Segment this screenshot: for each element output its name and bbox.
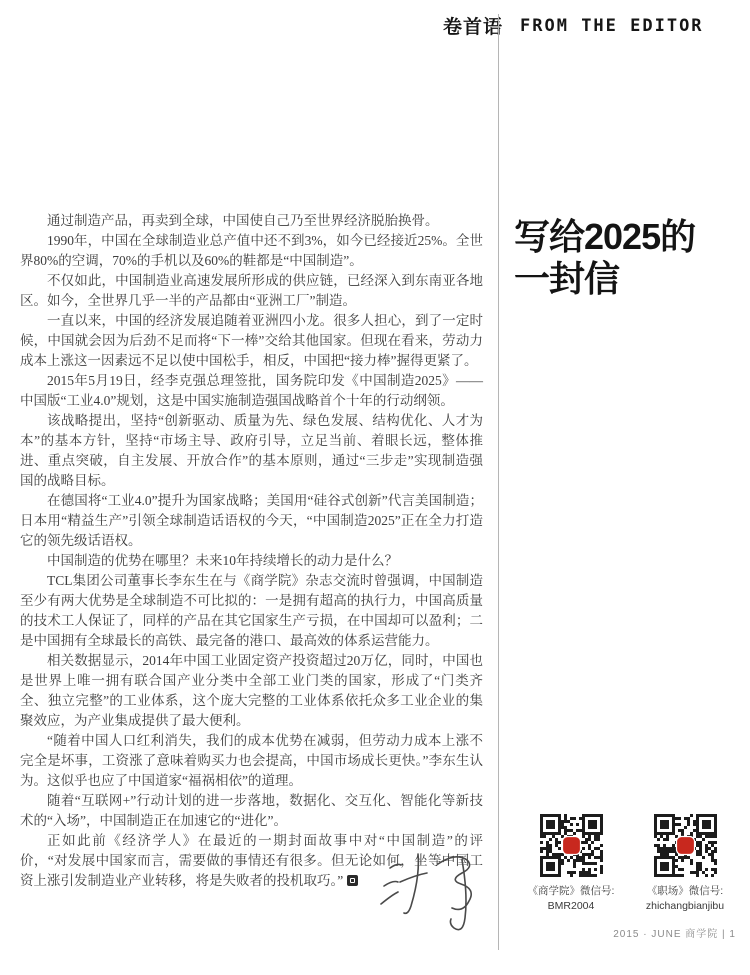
editor-signature (372, 838, 497, 938)
paragraph: 1990年，中国在全球制造业总产值中还不到3%，如今已经接近25%。全世界80%… (20, 231, 483, 271)
column-divider (498, 14, 499, 950)
editorial-title: 写给2025的 一封信 (514, 216, 742, 300)
section-title-cn: 卷首语 (443, 12, 511, 39)
qr-caption-bmr: 《商学院》微信号: BMR2004 (516, 884, 626, 914)
page-folio: 2015 · JUNE 商学院 | 1 (613, 925, 736, 940)
page-header: 卷首语 FROM THE EDITOR (443, 12, 704, 39)
section-title-en: FROM THE EDITOR (511, 16, 704, 36)
paragraph: 相关数据显示，2014年中国工业固定资产投资超过20万亿，同时，中国也是世界上唯… (20, 651, 483, 731)
title-line-2: 一封信 (514, 258, 742, 300)
qr-caption-zhichang: 《职场》微信号: zhichangbianjibu (630, 884, 740, 914)
qr-code-zhichang (654, 814, 717, 877)
qr-block-zhichang: 《职场》微信号: zhichangbianjibu (630, 814, 740, 914)
paragraph: 不仅如此，中国制造业高速发展所形成的供应链，已经深入到东南亚各地区。如今，全世界… (20, 271, 483, 311)
qr-block-bmr: 《商学院》微信号: BMR2004 (516, 814, 626, 914)
qr-code-bmr (540, 814, 603, 877)
end-mark-icon (347, 875, 358, 886)
paragraph: 在德国将“工业4.0”提升为国家战略；美国用“硅谷式创新”代言美国制造；日本用“… (20, 491, 483, 551)
qr-caption-line1: 《商学院》微信号: (516, 884, 626, 899)
paragraph: “随着中国人口红利消失，我们的成本优势在减弱，但劳动力成本上涨不完全是坏事，工资… (20, 731, 483, 791)
paragraph: 随着“互联网+”行动计划的进一步落地，数据化、交互化、智能化等新技术的“入场”，… (20, 791, 483, 831)
magazine-page: 卷首语 FROM THE EDITOR 通过制造产品，再卖到全球，中国使自己乃至… (0, 0, 750, 975)
paragraph: 一直以来，中国的经济发展追随着亚洲四小龙。很多人担心，到了一定时候，中国就会因为… (20, 311, 483, 371)
paragraph: 该战略提出，坚持“创新驱动、质量为先、绿色发展、结构优化、人才为本”的基本方针，… (20, 411, 483, 491)
qr-caption-line2: zhichangbianjibu (630, 899, 740, 914)
paragraph: 2015年5月19日，经李克强总理签批，国务院印发《中国制造2025》——中国版… (20, 371, 483, 411)
paragraph: 通过制造产品，再卖到全球，中国使自己乃至世界经济脱胎换骨。 (20, 211, 483, 231)
qr-caption-line2: BMR2004 (516, 899, 626, 914)
editorial-body: 通过制造产品，再卖到全球，中国使自己乃至世界经济脱胎换骨。 1990年，中国在全… (20, 211, 483, 891)
paragraph: 中国制造的优势在哪里？未来10年持续增长的动力是什么？ (20, 551, 483, 571)
signature-strokes (372, 838, 497, 933)
paragraph: TCL集团公司董事长李东生在与《商学院》杂志交流时曾强调，中国制造至少有两大优势… (20, 571, 483, 651)
title-line-1: 写给2025的 (514, 216, 742, 258)
qr-caption-line1: 《职场》微信号: (630, 884, 740, 899)
